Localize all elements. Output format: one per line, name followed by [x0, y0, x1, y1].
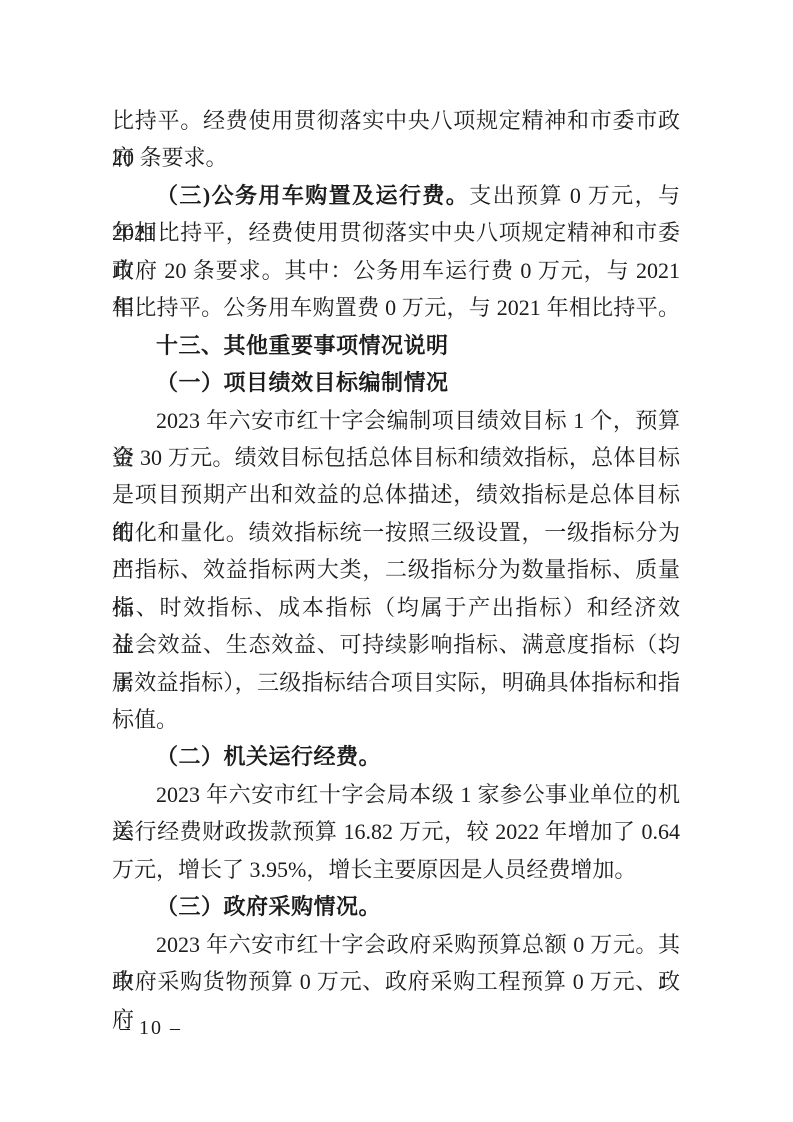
doc-line: 比持平。经费使用贯彻落实中央八项规定精神和市委市政府: [112, 102, 680, 139]
doc-line-text: 相比持平。公务用车购置费 0 万元，与 2021 年相比持平。: [112, 295, 680, 320]
doc-line: 细化和量化。绩效指标统一按照三级设置，一级指标分为产: [112, 514, 680, 551]
doc-line: 相比持平。公务用车购置费 0 万元，与 2021 年相比持平。: [112, 289, 680, 326]
doc-line-text: 运行经费财政拨款预算 16.82 万元，较 2022 年增加了 0.64: [112, 819, 680, 844]
doc-line-text: 标值。: [112, 707, 178, 732]
doc-line: （三)公务用车购置及运行费。支出预算 0 万元，与 2021: [112, 177, 680, 214]
doc-line: 政府 20 条要求。其中：公务用车运行费 0 万元，与 2021 年: [112, 252, 680, 289]
doc-line-text: 万元，增长了 3.95%，增长主要原因是人员经费增加。: [112, 857, 636, 882]
subsection-heading-text: （二）机关运行经费。: [156, 744, 381, 769]
subsection-heading-text: （三）政府采购情况。: [156, 894, 381, 919]
doc-line: 出指标、效益指标两大类，二级指标分为数量指标、质量指: [112, 551, 680, 588]
doc-line: 2023 年六安市红十字会局本级 1 家参公事业单位的机关: [112, 776, 680, 813]
doc-line: 标值。: [112, 701, 680, 738]
doc-line: 万元，增长了 3.95%，增长主要原因是人员经费增加。: [112, 851, 680, 888]
doc-line: 20 条要求。: [112, 139, 680, 176]
doc-line-text: 于效益指标），三级指标结合项目实际，明确具体指标和指: [112, 670, 680, 695]
doc-line-text: 20 条要求。: [112, 145, 228, 170]
doc-line: 社会效益、生态效益、可持续影响指标、满意度指标（均属: [112, 626, 680, 663]
doc-line-text: 政府采购货物预算 0 万元、政府采购工程预算 0 万元、政府: [112, 969, 680, 1031]
doc-line: 运行经费财政拨款预算 16.82 万元，较 2022 年增加了 0.64: [112, 813, 680, 850]
doc-line: 金 30 万元。绩效目标包括总体目标和绩效指标，总体目标: [112, 439, 680, 476]
subsection-heading-2: （二）机关运行经费。: [112, 738, 680, 775]
section-heading-text: 十三、其他重要事项情况说明: [156, 333, 449, 358]
document-body: 比持平。经费使用贯彻落实中央八项规定精神和市委市政府 20 条要求。 （三)公务…: [112, 102, 680, 1001]
subsection-heading-text: （一）项目绩效目标编制情况: [156, 370, 449, 395]
document-page: 比持平。经费使用贯彻落实中央八项规定精神和市委市政府 20 条要求。 （三)公务…: [0, 0, 793, 1122]
doc-line: 年相比持平，经费使用贯彻落实中央八项规定精神和市委市: [112, 214, 680, 251]
subsection-heading-1: （一）项目绩效目标编制情况: [112, 364, 680, 401]
doc-line: 政府采购货物预算 0 万元、政府采购工程预算 0 万元、政府: [112, 963, 680, 1000]
page-number: – 10 –: [120, 1015, 182, 1041]
subsection-heading-3: （三）政府采购情况。: [112, 888, 680, 925]
section-heading-13: 十三、其他重要事项情况说明: [112, 327, 680, 364]
doc-line: 是项目预期产出和效益的总体描述，绩效指标是总体目标的: [112, 476, 680, 513]
doc-line-text: 金 30 万元。绩效目标包括总体目标和绩效指标，总体目标: [112, 445, 680, 470]
doc-line: 于效益指标），三级指标结合项目实际，明确具体指标和指: [112, 664, 680, 701]
doc-line: 2023 年六安市红十字会政府采购预算总额 0 万元。其中：: [112, 926, 680, 963]
doc-line-bold-lead: （三)公务用车购置及运行费。: [156, 183, 469, 208]
doc-line: 2023 年六安市红十字会编制项目绩效目标 1 个，预算资: [112, 402, 680, 439]
doc-line: 标、时效指标、成本指标（均属于产出指标）和经济效益、: [112, 589, 680, 626]
